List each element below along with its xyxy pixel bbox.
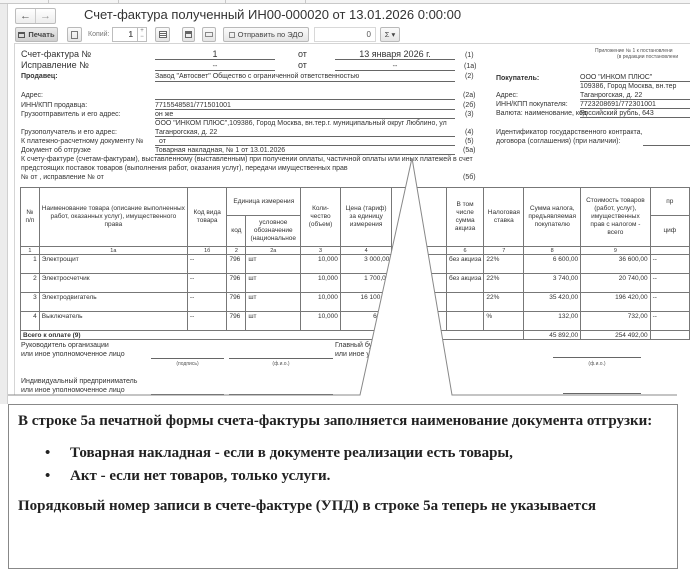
column-number <box>392 247 446 255</box>
cell-excise: без акциза <box>446 274 484 293</box>
copies-input[interactable]: 1 <box>112 27 138 42</box>
advance-text-2: предстоящих поставок товаров (выполнения… <box>21 164 348 173</box>
cell-kind: -- <box>187 293 227 312</box>
callout-note: В строке 5а печатной формы счета-фактуры… <box>8 404 677 569</box>
cell-kind: -- <box>187 312 227 331</box>
table-row[interactable]: 3Электродвигатель--796шт10,00016 100,002… <box>21 293 690 312</box>
cell-rate: 22% <box>484 293 524 312</box>
column-number: 1б <box>187 247 227 255</box>
note-intro: В строке 5а печатной формы счета-фактуры… <box>18 411 667 432</box>
cell-n: 1 <box>21 255 40 274</box>
col-excise: В том числе сумма акциза <box>446 188 484 247</box>
buyer-address-label: Адрес: <box>496 91 518 100</box>
cell-kind: -- <box>187 255 227 274</box>
table-row[interactable]: 2Электросчетчик--796шт10,0001 700,00без … <box>21 274 690 293</box>
sum-dropdown-button[interactable]: Σ ▾ <box>380 27 400 42</box>
cell-unit_code: 796 <box>227 312 246 331</box>
advance-text-1: К счету-фактуре (счетам-фактурам), выста… <box>21 155 473 164</box>
buyer-label: Покупатель: <box>496 74 539 83</box>
invoice-date-from: от <box>298 49 307 60</box>
column-number <box>650 247 689 255</box>
cell-n: 2 <box>21 274 40 293</box>
cell-price: 3 000,00 <box>340 255 392 274</box>
col-unit-code: код <box>227 216 246 247</box>
consignee-line1: ООО "ИНКОМ ПЛЮС",109386, Город Москва, в… <box>155 119 447 128</box>
envelope-icon <box>205 32 213 37</box>
seller-label: Продавец: <box>21 72 58 81</box>
cell-price: 60,00 <box>340 312 392 331</box>
line-code: (1) <box>465 51 474 60</box>
page-preview-icon <box>71 31 78 39</box>
head-label-1: Руководитель организации <box>21 341 109 350</box>
save-button[interactable] <box>182 27 195 42</box>
cell-name: Электросчетчик <box>39 274 187 293</box>
navigation-buttons: ← → <box>15 8 56 24</box>
cell-qty: 10,000 <box>301 255 341 274</box>
col-tax-sum: Сумма налога, предъявляемая покупателю <box>524 188 581 247</box>
send-email-button[interactable] <box>202 27 216 42</box>
seller-inn-label: ИНН/КПП продавца: <box>21 101 87 110</box>
invoice-table: № п/п Наименование товара (описание выпо… <box>20 187 690 340</box>
cell-total: 732,00 <box>581 312 650 331</box>
invoice-document: Приложение № 1 к постановлени (в редакци… <box>14 43 690 403</box>
contract-label-2: договора (соглашения) (при наличии): <box>496 137 620 146</box>
copies-label: Копий: <box>88 31 110 38</box>
cell-excise: без акциза <box>446 255 484 274</box>
col-name: Наименование товара (описание выполненны… <box>39 188 187 247</box>
preview-button[interactable] <box>67 27 82 42</box>
seller-name: Завод "Автосвет" Общество с ограниченной… <box>155 72 359 81</box>
edo-icon <box>229 32 235 38</box>
cell-unit_code: 796 <box>227 255 246 274</box>
cell-rate: 22% <box>484 274 524 293</box>
left-panel-edge <box>0 4 8 404</box>
cell-kind: -- <box>187 274 227 293</box>
column-number: 1 <box>21 247 40 255</box>
cell-unit_code: 796 <box>227 293 246 312</box>
cell-country: -- <box>650 274 689 293</box>
correction-date-from: от <box>298 60 307 71</box>
cell-total: 20 740,00 <box>581 274 650 293</box>
seller-address-label: Адрес: <box>21 91 43 100</box>
cell-total: 196 420,00 <box>581 293 650 312</box>
cell-cost <box>392 274 446 293</box>
window-title: Счет-фактура полученный ИН00-000020 от 1… <box>84 7 461 22</box>
settings-button[interactable] <box>155 27 170 42</box>
buyer-inn-label: ИНН/КПП покупателя: <box>496 100 568 109</box>
cell-name: Выключатель <box>39 312 187 331</box>
cell-country: -- <box>650 293 689 312</box>
col-cost-wo-tax <box>392 188 446 247</box>
note-footer: Порядковый номер записи в счете-фактуре … <box>18 496 667 517</box>
entrepreneur-label-2: или иное уполномоченное лицо <box>21 386 125 395</box>
column-number: 4 <box>340 247 392 255</box>
cell-n: 3 <box>21 293 40 312</box>
appendix-note-2: (в редакции постановлени <box>617 53 678 62</box>
cell-tax: 35 420,00 <box>524 293 581 312</box>
cell-country: -- <box>650 312 689 331</box>
currency-label: Валюта: наименование, код <box>496 109 587 118</box>
column-number: 3 <box>301 247 341 255</box>
col-unit-symbol: условное обозначение (национальное <box>246 216 301 247</box>
accountant-label-1: Главный бухгалтер <box>335 341 397 350</box>
col-price: Цена (тариф) за единицу измерения <box>340 188 392 247</box>
sum-field[interactable]: 0 <box>314 27 376 42</box>
cell-name: Электрощит <box>39 255 187 274</box>
col-unit-group: Единица измерения <box>227 188 301 216</box>
advance-text-3: № от , исправление № от <box>21 173 104 182</box>
arrow-right-icon[interactable]: → <box>35 9 55 23</box>
col-kind-code: Код вида товара <box>187 188 227 247</box>
cell-unit: шт <box>246 293 301 312</box>
column-number: 2а <box>246 247 301 255</box>
column-number: 1а <box>39 247 187 255</box>
note-bullet: Акт - если нет товаров, только услуги. <box>18 465 667 488</box>
send-edo-button[interactable]: Отправить по ЭДО <box>223 27 309 42</box>
cell-tax: 3 740,00 <box>524 274 581 293</box>
column-number: 9 <box>581 247 650 255</box>
cell-unit_code: 796 <box>227 274 246 293</box>
cell-cost <box>392 312 446 331</box>
head-label-2: или иное уполномоченное лицо <box>21 350 125 359</box>
total-tax: 45 892,00 <box>524 331 581 340</box>
table-row[interactable]: 1Электрощит--796шт10,0003 000,00без акци… <box>21 255 690 274</box>
cell-cost <box>392 255 446 274</box>
note-bullet: Товарная накладная - если в документе ре… <box>18 442 667 465</box>
cell-unit: шт <box>246 312 301 331</box>
col-country-code: циф <box>650 216 689 247</box>
col-n: № п/п <box>21 188 40 247</box>
cell-name: Электродвигатель <box>39 293 187 312</box>
printer-icon <box>18 32 25 38</box>
cell-qty: 10,000 <box>301 293 341 312</box>
sigma-icon: Σ ▾ <box>385 30 396 39</box>
col-qty: Коли-чество (объем) <box>301 188 341 247</box>
cell-unit: шт <box>246 274 301 293</box>
cell-total: 36 600,00 <box>581 255 650 274</box>
table-settings-icon <box>159 31 167 38</box>
cell-excise <box>446 293 484 312</box>
copies-stepper[interactable]: +− <box>138 27 147 42</box>
column-number: 8 <box>524 247 581 255</box>
col-total: Стоимость товаров (работ, услуг), имущес… <box>581 188 650 247</box>
cell-n: 4 <box>21 312 40 331</box>
cell-excise <box>446 312 484 331</box>
cell-country: -- <box>650 255 689 274</box>
cell-rate: 22% <box>484 255 524 274</box>
arrow-left-icon[interactable]: ← <box>16 9 35 23</box>
cell-qty: 10,000 <box>301 312 341 331</box>
cell-unit: шт <box>246 255 301 274</box>
table-row[interactable]: 4Выключатель--796шт10,00060,00%132,00732… <box>21 312 690 331</box>
col-tax-rate: Налоговая ставка <box>484 188 524 247</box>
note-bullets: Товарная накладная - если в документе ре… <box>18 442 667 488</box>
column-number: 6 <box>446 247 484 255</box>
total-sum: 254 492,00 <box>581 331 650 340</box>
consignee-label: Грузополучатель и его адрес: <box>21 128 117 137</box>
correction-label: Исправление № <box>21 60 89 71</box>
cell-tax: 132,00 <box>524 312 581 331</box>
total-label: Всего к оплате (9) <box>21 331 524 340</box>
cell-rate: % <box>484 312 524 331</box>
shipper-label: Грузоотправитель и его адрес: <box>21 110 121 119</box>
cell-price: 16 100,00 <box>340 293 392 312</box>
payment-doc-label: К платежно-расчетному документу № <box>21 137 144 146</box>
column-number: 2 <box>227 247 246 255</box>
invoice-number-label: Счет-фактура № <box>21 49 91 60</box>
floppy-icon <box>185 31 192 38</box>
col-country: пр <box>650 188 689 216</box>
contract-label-1: Идентификатор государственного контракта… <box>496 128 643 137</box>
column-number: 7 <box>484 247 524 255</box>
entrepreneur-label-1: Индивидуальный предприниматель <box>21 377 137 386</box>
accountant-label-2: или иное уполномоч <box>335 350 401 359</box>
print-button[interactable]: Печать <box>15 27 58 42</box>
cell-qty: 10,000 <box>301 274 341 293</box>
cell-tax: 6 600,00 <box>524 255 581 274</box>
shipping-doc-label: Документ об отгрузке <box>21 146 91 155</box>
cell-price: 1 700,00 <box>340 274 392 293</box>
buyer-address-line1: 109386, Город Москва, вн.тер <box>580 82 676 91</box>
cell-cost <box>392 293 446 312</box>
